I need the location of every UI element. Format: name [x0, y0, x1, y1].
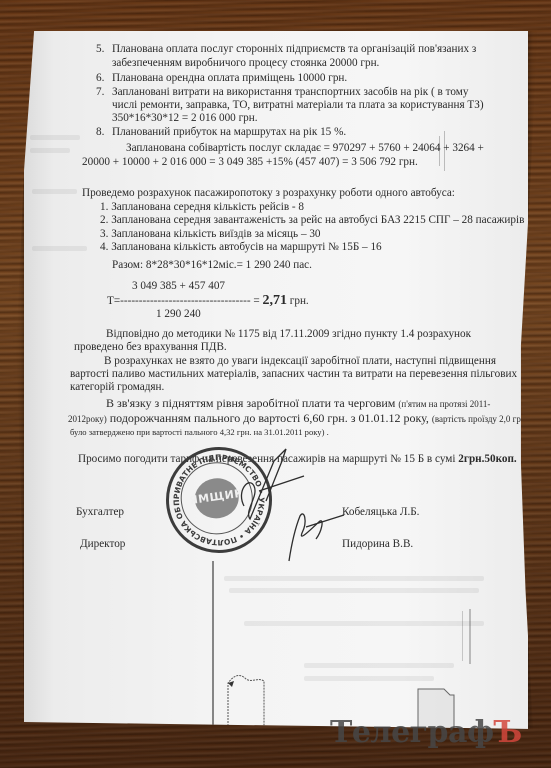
scan-artifact [469, 609, 471, 664]
flow-list-item: 4. Запланована кількість автобусів на ма… [100, 241, 382, 254]
signature-name: Пидорина В.В. [342, 538, 413, 551]
requested-tariff: 2грн.50коп. [458, 453, 516, 465]
flow-list-item: 2. Запланована середня завантаженість за… [100, 214, 524, 227]
bleed-through-text [30, 148, 70, 153]
tariff-result: 2,71 [262, 293, 287, 308]
flow-list-item: 3. Запланована кількість виїздів за міся… [100, 228, 321, 241]
method-paragraph: проведено без врахування ПДВ. [74, 341, 227, 354]
document-page: 5. Планована оплата послуг сторонніх під… [24, 31, 528, 729]
signature-scribbles [174, 431, 354, 581]
bleed-through-text [30, 135, 80, 140]
method-paragraph: Відповідно до методики № 1175 від 17.11.… [106, 328, 471, 341]
formula-numerator: 3 049 385 + 457 407 [132, 280, 225, 293]
binder-mark [224, 671, 269, 731]
list-item-text: 350*16*30*12 = 2 016 000 грн. [112, 112, 258, 125]
flow-intro: Проведемо розрахунок пасажиропотоку з ро… [82, 187, 455, 200]
list-item-text: забезпеченням виробничого процесу стоянк… [112, 57, 379, 70]
index-paragraph: вартості паливо мастильних матеріалів, з… [70, 368, 517, 381]
list-item-text: Планована оплата послуг сторонніх підпри… [112, 43, 476, 56]
signature-role: Директор [80, 538, 125, 551]
index-paragraph: В розрахунках не взято до уваги індексац… [104, 355, 496, 368]
list-item-text: Планований прибуток на маршрутах на рік … [112, 126, 346, 139]
index-paragraph: категорій громадян. [70, 381, 164, 394]
flow-list-item: 1. Запланована середня кількість рейсів … [100, 201, 304, 214]
rise-paragraph: В зв'язку з підняттям рівня заробітної п… [106, 397, 490, 411]
signature-name: Кобеляцька Л.Б. [342, 506, 419, 519]
list-item-num: 7. [96, 86, 104, 99]
list-item-text: Планована орендна оплата приміщень 10000… [112, 72, 347, 85]
formula-line: Т=----------------------------------- = … [107, 294, 309, 308]
fold-line [212, 561, 214, 731]
cost-line: 20000 + 10000 + 2 016 000 = 3 049 385 +1… [82, 156, 418, 169]
bleed-through-text [304, 663, 454, 668]
rise-paragraph: 2012року) подорожчанням пального до варт… [68, 412, 528, 426]
list-item-num: 8. [96, 126, 104, 139]
list-item-num: 6. [96, 72, 104, 85]
list-item-num: 5. [96, 43, 104, 56]
formula-denominator: 1 290 240 [156, 308, 201, 321]
bleed-through-text [32, 246, 87, 251]
scan-artifact [462, 611, 463, 661]
list-item-text: Заплановані витрати на використання тран… [112, 86, 468, 99]
bleed-through-text [229, 588, 479, 593]
signature-role: Бухгалтер [76, 506, 124, 519]
bleed-through-text [32, 189, 77, 194]
cost-line: Запланована собівартість послуг складає … [126, 142, 484, 155]
bleed-through-text [244, 621, 484, 626]
total-line: Разом: 8*28*30*16*12міс.= 1 290 240 пас. [112, 259, 312, 272]
telegraf-watermark: ТелеграфЪ [330, 715, 522, 750]
list-item-text: числі ремонти, заправка, ТО, витратні ма… [112, 99, 484, 112]
